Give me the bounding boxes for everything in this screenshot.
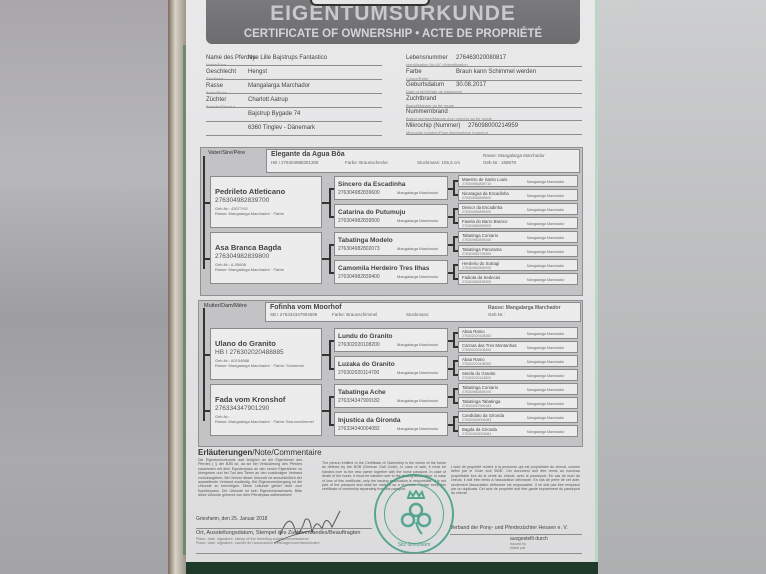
great-grandparent-number: 276334340004083 bbox=[462, 418, 491, 422]
great-grandparent-box: Tabatinga Corsario276304982839100Mangala… bbox=[458, 231, 578, 243]
great-grandparent-number: 276304982795300 bbox=[462, 252, 491, 256]
grandparent-breed: Mangalarga Marchador bbox=[397, 370, 438, 375]
parent-number: 276304982839800 bbox=[215, 253, 269, 260]
table-surface bbox=[186, 562, 598, 574]
grandparent-breed: Mangalarga Marchador bbox=[397, 342, 438, 347]
dam-breed: Rasse: Mangalarga Marchador bbox=[488, 305, 561, 311]
great-grandparent-box: Herdeiro do Sotragi276304982839200Mangal… bbox=[458, 259, 578, 271]
info-label: Lebensnummer bbox=[406, 55, 456, 61]
great-grandparent-number: 276302020114800 bbox=[462, 376, 491, 380]
great-grandparent-breed: Mangalarga Marchador bbox=[527, 180, 564, 184]
great-grandparent-box: Tabatinga Panorama276304982795300Mangala… bbox=[458, 245, 578, 257]
sire-color: Farbe: Braunschecke bbox=[345, 160, 388, 165]
great-grandparent-box: Tabatinga Corsario276304982839100Mangala… bbox=[458, 383, 578, 395]
grandparent-name: Injustica da Gironda bbox=[338, 417, 400, 424]
info-row-right: Geburtsdatum30.08.2017 bbox=[406, 82, 486, 88]
great-grandparent-breed: Mangalarga Marchador bbox=[527, 264, 564, 268]
tree-connector bbox=[329, 188, 331, 216]
great-grandparent-number: 276304982839100 bbox=[462, 390, 491, 394]
great-grandparent-breed: Mangalarga Marchador bbox=[527, 360, 564, 364]
grandparent-number: 276302020108200 bbox=[338, 342, 380, 348]
stamp-bottom-text: Sitz Griesheim bbox=[376, 542, 452, 548]
notes-title-bold: Erläuterungen bbox=[198, 448, 252, 457]
info-rule bbox=[206, 107, 382, 108]
great-grandparent-box: Abaa Ramo276302020108300Mangalarga March… bbox=[458, 327, 578, 339]
sire-section-label: Vater/Sire/Père bbox=[208, 150, 245, 156]
info-value: Mangalarga Marchador bbox=[248, 83, 310, 89]
parent-breed: Rasse: Mangalarga Marchador · Farbe: Sch… bbox=[215, 363, 304, 368]
info-value: Nye Lille Bajstrups Fantastico bbox=[248, 55, 327, 61]
info-row-right: Zuchtbrand bbox=[406, 96, 456, 102]
signature-caption-fr: Place, date, signature, cachet de l'asso… bbox=[196, 541, 320, 545]
dam-reg: SB I 276334347904699 bbox=[270, 312, 317, 317]
info-row-left: Bajstrup Bygade 74 bbox=[206, 111, 300, 117]
info-value: 276463020080817 bbox=[456, 55, 506, 61]
great-grandparent-number: 276302020108300 bbox=[462, 362, 491, 366]
signature-line bbox=[196, 528, 372, 529]
parent-box: Pedrileto Atleticano276304982839700Geb.N… bbox=[210, 176, 322, 228]
great-grandparent-number: 276334347900183 bbox=[462, 404, 491, 408]
parent-number: 276304982839700 bbox=[215, 197, 269, 204]
great-grandparent-breed: Mangalarga Marchador bbox=[527, 236, 564, 240]
info-row-right: Nummernbrand bbox=[406, 109, 456, 115]
great-grandparent-breed: Mangalarga Marchador bbox=[527, 332, 564, 336]
parent-breed: Rasse: Mangalarga Marchador · Farbe: Bra… bbox=[215, 419, 314, 424]
info-label: Geburtsdatum bbox=[406, 82, 456, 88]
great-grandparent-breed: Mangalarga Marchador bbox=[527, 388, 564, 392]
info-value: 30.08.2017 bbox=[456, 82, 486, 88]
grandparent-number: 276304982802073 bbox=[338, 246, 380, 252]
great-grandparent-number: 276304982839600 bbox=[462, 196, 491, 200]
info-label: Farbe bbox=[406, 69, 456, 75]
notes-title: Erläuterungen/Note/Commentaire bbox=[198, 448, 322, 457]
grandparent-name: Catarina do Putumuju bbox=[338, 209, 406, 216]
tree-connector bbox=[329, 396, 331, 424]
sire-reg: HB I 276304988301308 bbox=[271, 160, 319, 165]
info-label: Name des Pferdes bbox=[206, 55, 248, 61]
grandparent-name: Tabatinga Ache bbox=[338, 389, 386, 396]
great-grandparent-box: Bagda da Gironda276334340004084Mangalarg… bbox=[458, 425, 578, 437]
bottom-rule bbox=[196, 553, 582, 554]
tree-connector bbox=[203, 156, 205, 269]
great-grandparent-box: Maestro de Santo Louis276304982839710Man… bbox=[458, 175, 578, 187]
grandparent-name: Lundu do Granito bbox=[338, 333, 393, 340]
grandparent-breed: Mangalarga Marchador bbox=[397, 398, 438, 403]
grandparent-box: Camomila Herdeiro Tres Ilhas276304982839… bbox=[334, 260, 448, 284]
great-grandparent-breed: Mangalarga Marchador bbox=[527, 194, 564, 198]
great-grandparent-breed: Mangalarga Marchador bbox=[527, 416, 564, 420]
sire-name: Elegante da Agua Bôa bbox=[271, 151, 345, 158]
info-row-right: Mikrochip (Nummer)276098000214959 bbox=[406, 123, 518, 129]
info-rule bbox=[406, 93, 582, 94]
grandparent-breed: Mangalarga Marchador bbox=[397, 218, 438, 223]
grandparent-number: 276304982839600 bbox=[338, 190, 380, 196]
info-row-left: Name des PferdesNye Lille Bajstrups Fant… bbox=[206, 55, 327, 61]
info-rule bbox=[206, 93, 382, 94]
great-grandparent-box: Carrara das Tres Montanhas27630202010840… bbox=[458, 341, 578, 353]
grandparent-name: Luzaka do Granito bbox=[338, 361, 395, 368]
grandparent-box: Sincero da Escadinha276304982839600Manga… bbox=[334, 176, 448, 200]
notes-german: Die Eigentumsurkunde darf lediglich an d… bbox=[198, 458, 302, 498]
grandparent-box: Lundu do Granito276302020108200Mangalarg… bbox=[334, 328, 448, 352]
great-grandparent-number: 276304982839300 bbox=[462, 280, 491, 284]
great-grandparent-box: Candidato da Gironda276334340004083Manga… bbox=[458, 411, 578, 423]
parent-number: 276334347901290 bbox=[215, 405, 269, 412]
grandparent-breed: Mangalarga Marchador bbox=[397, 274, 438, 279]
great-grandparent-box: Divisor da Escadinha276304982839000Manga… bbox=[458, 203, 578, 215]
grandparent-breed: Mangalarga Marchador bbox=[397, 426, 438, 431]
parent-box: Fada vom Kronshof276334347901290Geb.Nr.:… bbox=[210, 384, 322, 436]
info-row-left: GeschlechtHengst bbox=[206, 69, 267, 75]
grandparent-breed: Mangalarga Marchador bbox=[397, 246, 438, 251]
info-row-left: 6360 Tinglev - Dänemark bbox=[206, 125, 315, 131]
notes-title-rest: /Note/Commentaire bbox=[252, 448, 321, 457]
association-name: Verband der Pony- und Pferdezüchter Hess… bbox=[450, 525, 568, 531]
parent-box: Asa Branca Bagda276304982839800Geb.Nr.: … bbox=[210, 232, 322, 284]
sire-height: Stockmass: 155,5 cm bbox=[417, 160, 460, 165]
grandparent-box: Catarina do Putumuju276304982839500Manga… bbox=[334, 204, 448, 228]
great-grandparent-number: 276302020108400 bbox=[462, 348, 491, 352]
certificate-subtitle: CERTIFICATE OF OWNERSHIP • ACTE DE PROPR… bbox=[206, 28, 580, 40]
parent-name: Pedrileto Atleticano bbox=[215, 187, 285, 196]
place-date: Griesheim, den 25. Januar 2018 bbox=[196, 516, 267, 522]
parent-box: Ulano do GranitoHB I 276302020488885Geb.… bbox=[210, 328, 322, 380]
great-grandparent-number: 276304982839000 bbox=[462, 210, 491, 214]
grandparent-name: Sincero da Escadinha bbox=[338, 181, 406, 188]
info-rule bbox=[406, 107, 582, 108]
great-grandparent-box: Nicaragua da Escadinha276304982839600Man… bbox=[458, 189, 578, 201]
info-value: Bajstrup Bygade 74 bbox=[248, 111, 300, 117]
association-stamp: Sitz Griesheim bbox=[374, 474, 454, 554]
info-label: Züchter bbox=[206, 97, 248, 103]
info-rule bbox=[206, 135, 382, 136]
info-row-left: RasseMangalarga Marchador bbox=[206, 83, 310, 89]
clover-crown-icon bbox=[396, 490, 436, 536]
info-label: Nummernbrand bbox=[406, 109, 456, 115]
dam-name: Fofinha vom Moorhof bbox=[270, 304, 342, 311]
issued-by-fr: établi par bbox=[510, 546, 526, 550]
parent-name: Ulano do Granito bbox=[215, 339, 276, 348]
great-grandparent-box: Fadiota da Sedecas276304982839300Mangala… bbox=[458, 273, 578, 285]
great-grandparent-number: 276304982839100 bbox=[462, 238, 491, 242]
title-banner: EIGENTUMSURKUNDE CERTIFICATE OF OWNERSHI… bbox=[206, 0, 580, 44]
grandparent-number: 276334347900182 bbox=[338, 398, 380, 404]
parent-number: HB I 276302020488885 bbox=[215, 349, 284, 356]
grandparent-name: Camomila Herdeiro Tres Ilhas bbox=[338, 265, 429, 272]
great-grandparent-breed: Mangalarga Marchador bbox=[527, 208, 564, 212]
grandparent-number: 276304982839400 bbox=[338, 274, 380, 280]
great-grandparent-number: 276334340004084 bbox=[462, 432, 491, 436]
info-row-right: Lebensnummer276463020080817 bbox=[406, 55, 506, 61]
parent-breed: Rasse: Mangalarga Marchador · Farbe bbox=[215, 267, 284, 272]
parent-breed: Rasse: Mangalarga Marchador · Farbe bbox=[215, 211, 284, 216]
info-label: Mikrochip (Nummer) bbox=[406, 123, 468, 129]
dam-born: Geb.Nr.: bbox=[488, 312, 505, 317]
info-rule bbox=[406, 120, 582, 121]
parent-name: Asa Branca Bagda bbox=[215, 243, 281, 252]
great-grandparent-number: 276302020108300 bbox=[462, 334, 491, 338]
sire-box: Elegante da Agua Bôa HB I 27630498830130… bbox=[266, 149, 580, 173]
grandparent-box: Tabatinga Ache276334347900182Mangalarga … bbox=[334, 384, 448, 408]
notes-french: L'acte de propriété revient à la personn… bbox=[451, 465, 580, 496]
great-grandparent-box: Tabatinga Tabatinga276334347900183Mangal… bbox=[458, 397, 578, 409]
info-rule bbox=[206, 65, 382, 66]
binder-clip bbox=[310, 0, 430, 6]
dam-box: Fofinha vom Moorhof SB I 276334347904699… bbox=[265, 302, 581, 322]
association-line bbox=[450, 534, 582, 535]
info-rule bbox=[406, 80, 582, 81]
info-value: Charlott Aatrup bbox=[248, 97, 288, 103]
grandparent-name: Tabatinga Modelo bbox=[338, 237, 393, 244]
dam-section-label: Mutter/Dam/Mère bbox=[204, 303, 247, 309]
great-grandparent-breed: Mangalarga Marchador bbox=[527, 346, 564, 350]
dam-color: Farbe: Braunschimmel bbox=[332, 312, 377, 317]
info-rule bbox=[206, 79, 382, 80]
parent-name: Fada vom Kronshof bbox=[215, 395, 285, 404]
great-grandparent-box: Favela do Barro Branco276304982839500Man… bbox=[458, 217, 578, 229]
great-grandparent-breed: Mangalarga Marchador bbox=[527, 430, 564, 434]
info-value: 276098000214959 bbox=[468, 123, 518, 129]
tree-connector bbox=[203, 308, 205, 421]
sire-born: Geb.Nr.: 168678 bbox=[483, 160, 516, 165]
info-rule bbox=[206, 121, 382, 122]
info-label: Geschlecht bbox=[206, 69, 248, 75]
great-grandparent-breed: Mangalarga Marchador bbox=[527, 278, 564, 282]
tree-connector bbox=[329, 244, 331, 272]
info-rule bbox=[406, 134, 582, 135]
signature-caption: Ort, Ausstellungsdatum, Stempel des Zuch… bbox=[196, 530, 360, 536]
great-grandparent-number: 276304982839500 bbox=[462, 224, 491, 228]
grandparent-number: 276304982839500 bbox=[338, 218, 380, 224]
background-blur-left bbox=[0, 0, 168, 574]
sire-breed: Rasse: Mangalarga Marchador bbox=[483, 153, 545, 158]
grandparent-number: 276334340004082 bbox=[338, 426, 380, 432]
info-rule bbox=[406, 66, 582, 67]
great-grandparent-breed: Mangalarga Marchador bbox=[527, 250, 564, 254]
great-grandparent-box: Setela do Granito276302020114800Mangalar… bbox=[458, 369, 578, 381]
info-row-left: ZüchterCharlott Aatrup bbox=[206, 97, 288, 103]
info-value: 6360 Tinglev - Dänemark bbox=[248, 125, 315, 131]
info-label: Rasse bbox=[206, 83, 248, 89]
great-grandparent-number: 276304982839200 bbox=[462, 266, 491, 270]
tree-connector bbox=[329, 340, 331, 368]
grandparent-box: Tabatinga Modelo276304982802073Mangalarg… bbox=[334, 232, 448, 256]
great-grandparent-breed: Mangalarga Marchador bbox=[527, 222, 564, 226]
dam-height: Stockmass: bbox=[406, 312, 429, 317]
info-value: Hengst bbox=[248, 69, 267, 75]
background-blur-right bbox=[598, 0, 766, 574]
info-row-right: FarbeBraun kann Schimmel werden bbox=[406, 69, 536, 75]
great-grandparent-breed: Mangalarga Marchador bbox=[527, 402, 564, 406]
grandparent-number: 276302020114700 bbox=[338, 370, 379, 376]
great-grandparent-number: 276304982839710 bbox=[462, 182, 491, 186]
grandparent-breed: Mangalarga Marchador bbox=[397, 190, 438, 195]
grandparent-box: Injustica da Gironda276334340004082Manga… bbox=[334, 412, 448, 436]
great-grandparent-box: Abaa Ramo276302020108300Mangalarga March… bbox=[458, 355, 578, 367]
info-value: Braun kann Schimmel werden bbox=[456, 69, 536, 75]
great-grandparent-breed: Mangalarga Marchador bbox=[527, 374, 564, 378]
grandparent-box: Luzaka do Granito276302020114700Mangalar… bbox=[334, 356, 448, 380]
info-label: Zuchtbrand bbox=[406, 96, 456, 102]
